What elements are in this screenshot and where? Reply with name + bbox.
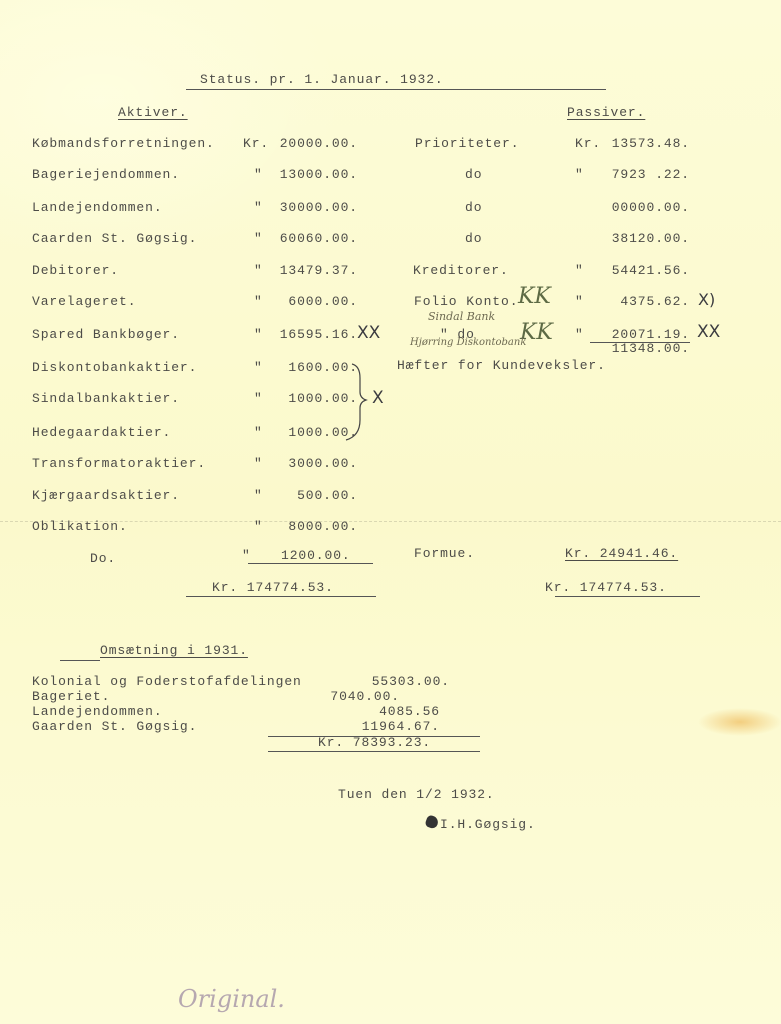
aktiver-heading: Aktiver. bbox=[118, 105, 188, 120]
passiver-amount: 38120.00. bbox=[592, 231, 690, 246]
aktiver-label: Spared Bankbøger. bbox=[32, 327, 180, 342]
omsaetning-leader bbox=[60, 660, 100, 661]
aktiver-amount: 30000.00. bbox=[262, 200, 358, 215]
passiver-label: Folio Konto. bbox=[414, 294, 518, 309]
omsaetning-total-underline bbox=[268, 751, 480, 752]
aktiver-label: Landejendommen. bbox=[32, 200, 163, 215]
bracket-brace bbox=[340, 360, 400, 460]
handwritten-note: Hjørring Diskontobank bbox=[410, 337, 526, 348]
aktiver-label: Kjærgaardsaktier. bbox=[32, 488, 180, 503]
omsaetning-label: Kolonial og Foderstofafdelingen bbox=[32, 675, 302, 689]
passiver-amount: 7923 .22. bbox=[592, 167, 690, 182]
place-date: Tuen den 1/2 1932. bbox=[338, 787, 495, 802]
passiver-prefix: " bbox=[575, 327, 584, 342]
aktiver-amount: 13479.37. bbox=[262, 263, 358, 278]
handwritten-original: Original. bbox=[178, 985, 285, 1013]
ink-blot bbox=[424, 814, 439, 829]
omsaetning-label: Landejendommen. bbox=[32, 705, 163, 719]
handwritten-note: Sindal Bank bbox=[428, 310, 495, 323]
aktiver-label: Caarden St. Gøgsig. bbox=[32, 231, 197, 246]
handwritten-initials: KK bbox=[518, 284, 551, 309]
aktiver-label: Oblikation. bbox=[32, 519, 128, 534]
aktiver-amount: 60060.00. bbox=[262, 231, 358, 246]
omsaetning-heading: Omsætning i 1931. bbox=[100, 643, 248, 658]
aktiver-label: Debitorer. bbox=[32, 263, 119, 278]
omsaetning-amount: 55303.00. bbox=[340, 675, 450, 689]
subtotal-underline bbox=[248, 563, 373, 564]
passiver-amount: 4375.62. bbox=[592, 294, 690, 309]
aktiver-amount: 1200.00. bbox=[281, 548, 351, 563]
passiver-label: do bbox=[465, 231, 482, 246]
passiver-heading: Passiver. bbox=[567, 105, 645, 120]
aktiver-label: Sindalbankaktier. bbox=[32, 391, 180, 406]
aktiver-amount: 16595.16. bbox=[262, 327, 358, 342]
passiver-total-underline bbox=[555, 596, 700, 597]
aktiver-label: Diskontobankaktier. bbox=[32, 360, 197, 375]
aktiver-label: Købmandsforretningen. bbox=[32, 136, 215, 151]
passiver-prefix: " bbox=[575, 294, 584, 309]
check-mark-xx: XX bbox=[697, 322, 720, 342]
aktiver-label: Bageriejendommen. bbox=[32, 167, 180, 182]
passiver-amount: 11348.00. bbox=[592, 341, 690, 356]
passiver-prefix: " bbox=[575, 167, 584, 182]
omsaetning-total: Kr. 78393.23. bbox=[318, 736, 431, 750]
passiver-label: do bbox=[465, 167, 482, 182]
aktiver-total: Kr. 174774.53. bbox=[212, 580, 334, 595]
passiver-amount: 20071.19. bbox=[592, 327, 690, 342]
page-title: Status. pr. 1. Januar. 1932. bbox=[200, 72, 444, 87]
passiver-amount: 13573.48. bbox=[592, 136, 690, 151]
aktiver-label: Hedegaardaktier. bbox=[32, 425, 171, 440]
passiver-label: Prioriteter. bbox=[415, 136, 519, 151]
title-underline bbox=[186, 89, 606, 90]
passiver-total: Kr. 174774.53. bbox=[545, 580, 667, 595]
aktiver-amount: 13000.00. bbox=[262, 167, 358, 182]
aktiver-label: Transformatoraktier. bbox=[32, 456, 206, 471]
formue-amount: Kr. 24941.46. bbox=[565, 546, 678, 561]
aktiver-amount: 500.00. bbox=[262, 488, 358, 503]
omsaetning-label: Bageriet. bbox=[32, 690, 110, 704]
passiver-label: Kreditorer. bbox=[413, 263, 509, 278]
passiver-amount: 00000.00. bbox=[592, 200, 690, 215]
signature: I.H.Gøgsig. bbox=[440, 817, 536, 832]
omsaetning-amount: 7040.00. bbox=[290, 690, 400, 704]
passiver-prefix: " bbox=[575, 263, 584, 278]
aktiver-total-underline bbox=[186, 596, 376, 597]
check-mark-x: X) bbox=[698, 290, 715, 309]
check-mark-x: X bbox=[372, 388, 384, 408]
omsaetning-amount: 11964.67. bbox=[330, 720, 440, 734]
aktiver-label: Varelageret. bbox=[32, 294, 136, 309]
passiver-amount: 54421.56. bbox=[592, 263, 690, 278]
aktiver-amount: 20000.00. bbox=[262, 136, 358, 151]
aktiver-prefix: " bbox=[242, 548, 251, 563]
passiver-label: Hæfter for Kundeveksler. bbox=[397, 358, 606, 373]
omsaetning-amount: 4085.56 bbox=[330, 705, 440, 719]
aktiver-amount: 6000.00. bbox=[262, 294, 358, 309]
aktiver-amount: 8000.00. bbox=[262, 519, 358, 534]
check-mark-xx: XX bbox=[357, 323, 380, 343]
passiver-label: do bbox=[465, 200, 482, 215]
omsaetning-label: Gaarden St. Gøgsig. bbox=[32, 720, 197, 734]
aktiver-label: Do. bbox=[90, 551, 116, 566]
formue-label: Formue. bbox=[414, 546, 475, 561]
